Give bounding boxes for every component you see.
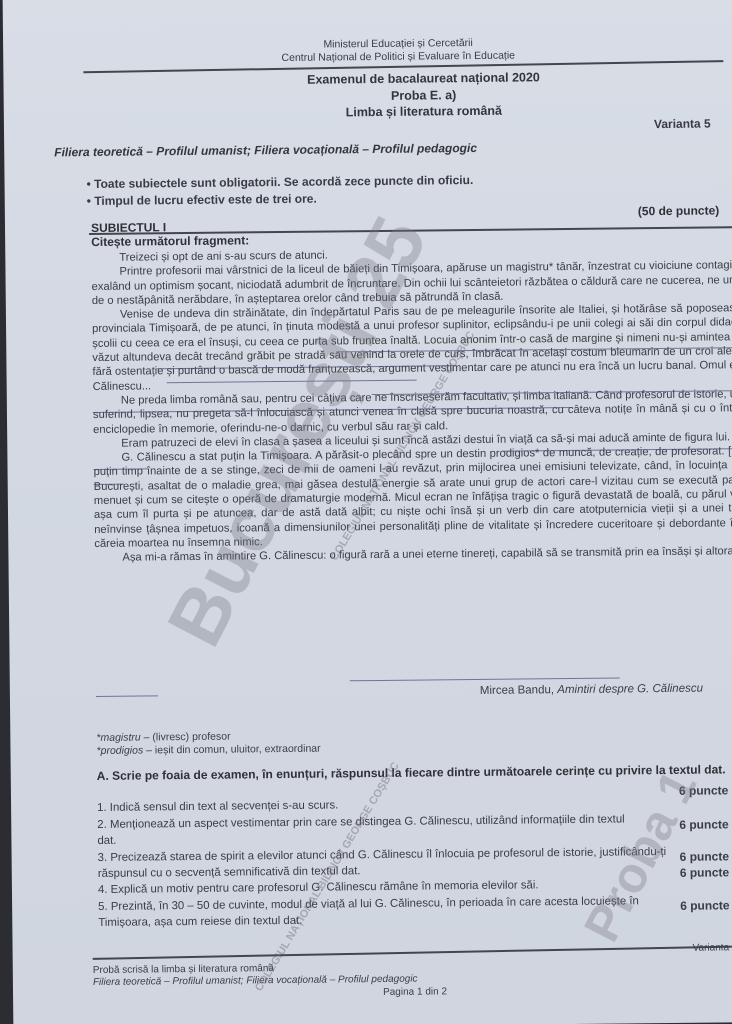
instruction-1: • Toate subiectele sunt obligatorii. Se …: [86, 173, 473, 191]
requirement-4: 4. Explică un motiv pentru care profesor…: [98, 879, 539, 896]
section-points: (50 de puncte): [638, 203, 720, 218]
footer-variant: Varianta 5: [693, 942, 732, 953]
exam-page: Ministerul Educației și Cercetării Centr…: [3, 0, 732, 1024]
footer-page: Pagina 1 din 2: [383, 986, 447, 998]
footnote-magistru: *magistru – (livresc) profesor: [96, 731, 230, 744]
footnote-term: *prodigios: [96, 744, 143, 756]
reading-prompt: Citește următorul fragment:: [91, 233, 249, 249]
part-a-heading: A. Scrie pe foaia de examen, în enunțuri…: [97, 762, 732, 784]
ink-underline: [96, 695, 158, 697]
requirement-5-points: 6 puncte: [680, 898, 729, 913]
paragraph-2: Printre profesorii mai vârstnici de la l…: [91, 258, 732, 308]
proba-title: Proba E. a): [264, 87, 584, 104]
fragment-text: Treizeci și opt de ani s-au scurs de atu…: [91, 244, 732, 566]
requirement-1: 1. Indică sensul din text al secvenței s…: [97, 799, 338, 814]
subject-title: Limba și literatura română: [264, 103, 584, 120]
footnote-definition: – ieșit din comun, uluitor, extraordinar: [143, 743, 321, 757]
requirement-1-points: 6 puncte: [679, 783, 728, 798]
source-citation: Mircea Bandu, Amintiri despre G. Călines…: [480, 683, 703, 697]
instruction-2: • Timpul de lucru efectiv este de trei o…: [87, 192, 317, 208]
footer-rule: [93, 945, 732, 959]
source-work: Amintiri despre G. Călinescu: [557, 683, 703, 697]
track-label: Filiera teoretică – Profilul umanist; Fi…: [54, 141, 477, 159]
footnote-prodigios: *prodigios – ieșit din comun, uluitor, e…: [96, 743, 320, 757]
footer-line-2: Filiera teoretică – Profilul umanist; Fi…: [93, 974, 418, 988]
requirement-3: 3. Precizează starea de spirit a elevilo…: [98, 846, 667, 864]
requirement-2-points: 6 puncte: [679, 817, 728, 832]
source-author: Mircea Bandu,: [480, 684, 557, 697]
paragraph-6: G. Călinescu a stat puțin la Timișoara. …: [93, 444, 732, 551]
requirement-4-points: 6 puncte: [680, 865, 729, 880]
footnote-term: *magistru: [96, 731, 140, 743]
requirement-5: 5. Prezintă, în 30 – 50 de cuvinte, modu…: [98, 895, 639, 913]
requirement-3-cont: răspunsul cu o secvență semnificativă di…: [98, 865, 361, 880]
footnote-definition: – (livresc) profesor: [141, 731, 231, 744]
requirement-2: 2. Menționează un aspect vestimentar pri…: [97, 813, 625, 831]
exam-title: Examenul de bacalaureat național 2020: [263, 70, 583, 87]
requirement-2-cont: dat.: [97, 835, 116, 847]
variant-label: Varianta 5: [654, 116, 711, 131]
requirement-5-cont: Timișoara, așa cum reiese din textul dat…: [98, 915, 302, 929]
ink-underline: [350, 677, 620, 681]
requirement-3-points: 6 puncte: [680, 849, 729, 864]
footer-line-1: Probă scrisă la limba și literatura româ…: [93, 963, 274, 976]
